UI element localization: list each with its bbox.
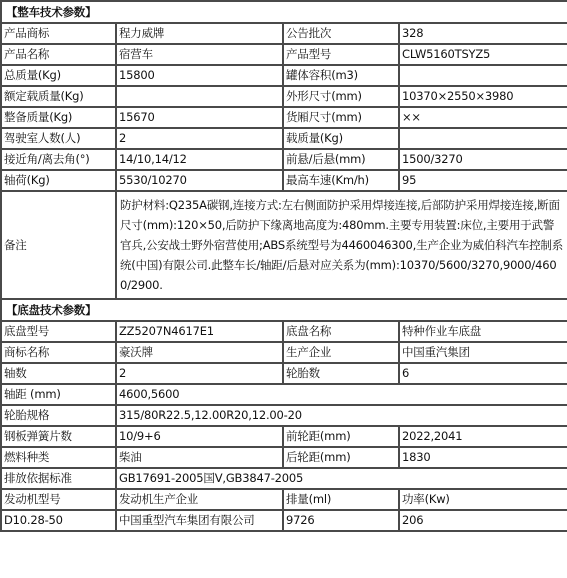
value-emission-standard: GB17691-2005国Ⅴ,GB3847-2005	[116, 468, 567, 489]
label-tire-count: 轮胎数	[283, 363, 399, 384]
vehicle-section-title: 【整车技术参数】	[1, 1, 567, 23]
value-cab-seats: 2	[116, 128, 283, 149]
value-chassis-name: 特种作业车底盘	[399, 321, 567, 342]
value-tire-count: 6	[399, 363, 567, 384]
label-batch: 公告批次	[283, 23, 399, 44]
value-rated-load	[116, 86, 283, 107]
value-load-mass	[399, 128, 567, 149]
table-row: 产品商标 程力威牌 公告批次 328	[1, 23, 567, 44]
table-row: 底盘型号 ZZ5207N4617E1 底盘名称 特种作业车底盘	[1, 321, 567, 342]
chassis-section-title: 【底盘技术参数】	[1, 299, 567, 321]
value-note: 防护材料:Q235A碳钢,连接方式:左右侧面防护采用焊接连接,后部防护采用焊接连…	[116, 191, 567, 299]
table-row: 轴距 (mm) 4600,5600	[1, 384, 567, 405]
value-cargo-size: ××	[399, 107, 567, 128]
label-fuel-type: 燃料种类	[1, 447, 116, 468]
label-product-model: 产品型号	[283, 44, 399, 65]
value-engine-maker: 中国重型汽车集团有限公司	[116, 510, 283, 531]
note-row: 备注 防护材料:Q235A碳钢,连接方式:左右侧面防护采用焊接连接,后部防护采用…	[1, 191, 567, 299]
value-axle-count: 2	[116, 363, 283, 384]
label-load-mass: 载质量(Kg)	[283, 128, 399, 149]
table-row: 轮胎规格 315/80R22.5,12.00R20,12.00-20	[1, 405, 567, 426]
value-max-speed: 95	[399, 170, 567, 191]
value-overhang: 1500/3270	[399, 149, 567, 170]
table-row: 轴数 2 轮胎数 6	[1, 363, 567, 384]
label-chassis-brand: 商标名称	[1, 342, 116, 363]
label-product-name: 产品名称	[1, 44, 116, 65]
value-displacement: 9726	[283, 510, 399, 531]
value-front-track: 2022,2041	[399, 426, 567, 447]
label-manufacturer: 生产企业	[283, 342, 399, 363]
value-axle-load: 5530/10270	[116, 170, 283, 191]
table-row: 轴荷(Kg) 5530/10270 最高车速(Km/h) 95	[1, 170, 567, 191]
label-displacement: 排量(ml)	[283, 489, 399, 510]
value-manufacturer: 中国重汽集团	[399, 342, 567, 363]
table-row: 钢板弹簧片数 10/9+6 前轮距(mm) 2022,2041	[1, 426, 567, 447]
table-row: 接近角/离去角(°) 14/10,14/12 前悬/后悬(mm) 1500/32…	[1, 149, 567, 170]
value-chassis-model: ZZ5207N4617E1	[116, 321, 283, 342]
label-curb-mass: 整备质量(Kg)	[1, 107, 116, 128]
table-row: 排放依据标准 GB17691-2005国Ⅴ,GB3847-2005	[1, 468, 567, 489]
label-wheelbase: 轴距 (mm)	[1, 384, 116, 405]
label-max-speed: 最高车速(Km/h)	[283, 170, 399, 191]
label-leaf-springs: 钢板弹簧片数	[1, 426, 116, 447]
table-row: 整备质量(Kg) 15670 货厢尺寸(mm) ××	[1, 107, 567, 128]
spec-table: 【整车技术参数】 产品商标 程力威牌 公告批次 328 产品名称 宿营车 产品型…	[0, 0, 567, 532]
section-header-row: 【整车技术参数】	[1, 1, 567, 23]
value-total-mass: 15800	[116, 65, 283, 86]
value-angles: 14/10,14/12	[116, 149, 283, 170]
label-angles: 接近角/离去角(°)	[1, 149, 116, 170]
table-row: 商标名称 豪沃牌 生产企业 中国重汽集团	[1, 342, 567, 363]
table-row: 驾驶室人数(人) 2 载质量(Kg)	[1, 128, 567, 149]
label-engine-model: 发动机型号	[1, 489, 116, 510]
value-curb-mass: 15670	[116, 107, 283, 128]
table-row: 额定载质量(Kg) 外形尺寸(mm) 10370×2550×3980	[1, 86, 567, 107]
value-batch: 328	[399, 23, 567, 44]
label-note: 备注	[1, 191, 116, 299]
value-tire-spec: 315/80R22.5,12.00R20,12.00-20	[116, 405, 567, 426]
label-axle-load: 轴荷(Kg)	[1, 170, 116, 191]
label-cab-seats: 驾驶室人数(人)	[1, 128, 116, 149]
value-wheelbase: 4600,5600	[116, 384, 567, 405]
engine-header-row: 发动机型号 发动机生产企业 排量(ml) 功率(Kw)	[1, 489, 567, 510]
value-power: 206	[399, 510, 567, 531]
label-tank-volume: 罐体容积(m3)	[283, 65, 399, 86]
label-overhang: 前悬/后悬(mm)	[283, 149, 399, 170]
label-axle-count: 轴数	[1, 363, 116, 384]
table-row: 总质量(Kg) 15800 罐体容积(m3)	[1, 65, 567, 86]
value-leaf-springs: 10/9+6	[116, 426, 283, 447]
label-power: 功率(Kw)	[399, 489, 567, 510]
value-dimensions: 10370×2550×3980	[399, 86, 567, 107]
value-brand: 程力威牌	[116, 23, 283, 44]
label-dimensions: 外形尺寸(mm)	[283, 86, 399, 107]
value-engine-model: D10.28-50	[1, 510, 116, 531]
label-front-track: 前轮距(mm)	[283, 426, 399, 447]
label-tire-spec: 轮胎规格	[1, 405, 116, 426]
value-product-name: 宿营车	[116, 44, 283, 65]
label-rear-track: 后轮距(mm)	[283, 447, 399, 468]
label-chassis-name: 底盘名称	[283, 321, 399, 342]
label-chassis-model: 底盘型号	[1, 321, 116, 342]
engine-row: D10.28-50 中国重型汽车集团有限公司 9726 206	[1, 510, 567, 531]
label-total-mass: 总质量(Kg)	[1, 65, 116, 86]
value-fuel-type: 柴油	[116, 447, 283, 468]
value-chassis-brand: 豪沃牌	[116, 342, 283, 363]
label-cargo-size: 货厢尺寸(mm)	[283, 107, 399, 128]
value-tank-volume	[399, 65, 567, 86]
value-rear-track: 1830	[399, 447, 567, 468]
label-engine-maker: 发动机生产企业	[116, 489, 283, 510]
label-brand: 产品商标	[1, 23, 116, 44]
label-emission-standard: 排放依据标准	[1, 468, 116, 489]
table-row: 产品名称 宿营车 产品型号 CLW5160TSYZ5	[1, 44, 567, 65]
label-rated-load: 额定载质量(Kg)	[1, 86, 116, 107]
value-product-model: CLW5160TSYZ5	[399, 44, 567, 65]
section-header-row: 【底盘技术参数】	[1, 299, 567, 321]
table-row: 燃料种类 柴油 后轮距(mm) 1830	[1, 447, 567, 468]
